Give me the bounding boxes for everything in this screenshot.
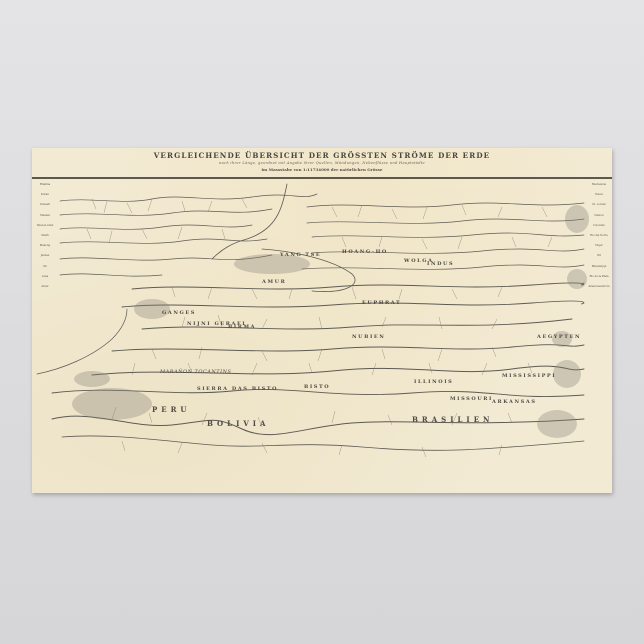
map-scale: im Massstabe von 1:11734000 der natürlic… [32,167,612,172]
right-legend-entry: Nelson [587,214,611,217]
river-strips-drawing [32,179,612,493]
map-label: Peru [152,405,191,414]
map-label: Brasilien [412,415,493,424]
map-label: Marañon Tocantins [160,369,231,375]
right-legend-column: Mackenzie Yukon St. Lorenz Nelson Colora… [587,183,611,483]
right-legend-entry: St. Lorenz [587,203,611,206]
right-legend-entry: Nil [587,254,611,257]
map-poster: Vergleichende Übersicht der grössten Str… [32,148,612,493]
map-label: Indus [427,261,454,267]
left-legend-entry: Lena [33,275,57,278]
map-subtitle: nach ihrer Länge, geordnet mit Angabe ih… [32,161,612,165]
right-legend-entry: Niger [587,244,611,247]
right-legend-entry: Mississippi [587,265,611,268]
map-label: Mississippi [502,373,556,379]
map-label: Euphrat [362,300,401,306]
right-legend-entry: Rio del Norte [587,234,611,237]
left-legend-entry: Ob [33,265,57,268]
left-legend-entry: Brahma [33,183,57,186]
map-label: Yang-tse [280,252,321,258]
left-legend-entry: Sindh [33,234,57,237]
map-title: Vergleichende Übersicht der grössten Str… [32,151,612,160]
left-legend-entry: Kuran [33,193,57,196]
title-block: Vergleichende Übersicht der grössten Str… [32,148,612,178]
right-legend-entry: Yukon [587,193,611,196]
map-label: Bolivia [207,419,269,428]
left-legend-entry: Irawadi [33,203,57,206]
left-legend-entry: Jenisei [33,254,57,257]
map-area: Brahma Kuran Irawadi Menam Shat-el-Arab … [32,179,612,493]
right-legend-entry: Colorado [587,224,611,227]
map-label: Birma [228,324,256,330]
left-legend-entry: Amur [33,285,57,288]
map-label: Amur [262,279,286,285]
left-legend-entry: Mekong [33,244,57,247]
left-legend-column: Brahma Kuran Irawadi Menam Shat-el-Arab … [33,183,57,483]
map-label: Illinois [414,379,453,385]
map-label: Aegypten [537,334,581,340]
right-legend-entry: Mackenzie [587,183,611,186]
map-label: Bisto [304,384,330,390]
map-label: Missouri [450,396,493,402]
right-legend-entry: Rio de la Plata [587,275,611,278]
map-label: Hoang-ho [342,249,388,255]
left-legend-entry: Shat-el-Arab [33,224,57,227]
map-label: Ganges [162,310,196,316]
map-label: Nubien [352,334,385,340]
map-label: Arkansas [492,399,537,405]
right-legend-entry: Amazonenstrom [587,285,611,288]
map-label: Sierra das Bisto [197,386,278,392]
left-legend-entry: Menam [33,214,57,217]
